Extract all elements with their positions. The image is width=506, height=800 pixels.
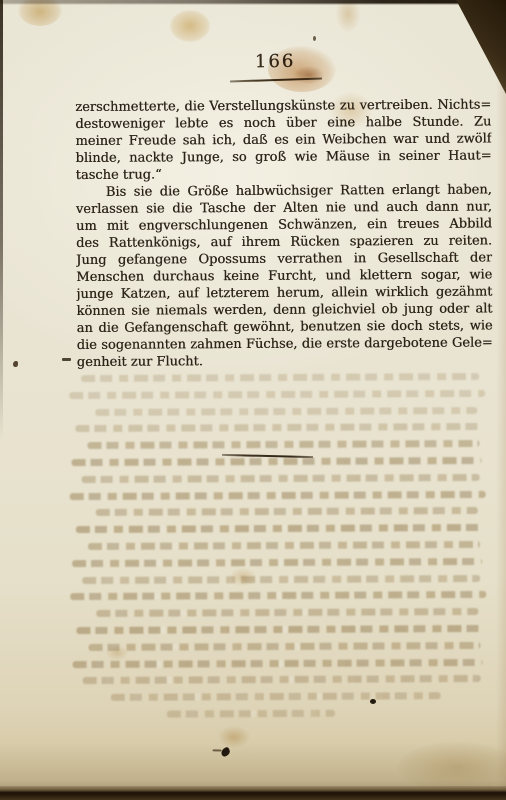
page-edge-left (0, 0, 3, 440)
bleedthrough-line (69, 390, 485, 399)
bleedthrough-line (96, 608, 478, 617)
foxing-stain (218, 726, 250, 748)
text-line: die sogenannten zahmen Füchse, die erste… (77, 334, 493, 354)
foxing-stain (398, 742, 506, 792)
bleedthrough-line (81, 373, 479, 382)
paragraph: zerschmetterte, die Verstellungskünste z… (75, 96, 492, 184)
bleedthrough-line (87, 440, 479, 449)
bleedthrough-line (72, 457, 482, 466)
bleedthrough-line (76, 524, 482, 533)
bleedthrough-line (88, 642, 480, 651)
ink-speck (220, 746, 232, 757)
paragraph: Bis sie die Größe halbwüchsiger Ratten e… (76, 181, 493, 371)
book-page-scan: 166 zerschmetterte, die Verstellungsküns… (0, 0, 506, 800)
foxing-stain (336, 0, 360, 32)
bleedthrough-line (70, 591, 486, 600)
bleedthrough-line (82, 575, 480, 584)
bleedthrough-line (70, 491, 486, 500)
ink-speck (13, 361, 18, 367)
text-block: zerschmetterte, die Verstellungskünste z… (75, 96, 493, 371)
bleedthrough-text (69, 373, 495, 728)
page-edge-top (0, 0, 506, 5)
page-number: 166 (244, 51, 306, 73)
text-line: genheit zur Flucht. (77, 351, 493, 371)
bleedthrough-line (82, 474, 480, 483)
bleedthrough-line (95, 407, 477, 416)
bleedthrough-line (96, 507, 478, 516)
foxing-stain (18, 0, 62, 26)
page-corner-shadow (448, 0, 506, 94)
bleedthrough-line (83, 675, 481, 684)
page-edge-right (496, 60, 506, 800)
bleedthrough-line (88, 541, 480, 550)
ink-speck (62, 358, 71, 361)
bleedthrough-line (75, 423, 481, 432)
bleedthrough-line (72, 558, 482, 567)
bleedthrough-line (76, 625, 482, 634)
foxing-stain (170, 10, 210, 42)
bleedthrough-line (111, 692, 441, 701)
bleedthrough-line (73, 658, 483, 667)
page-edge-bottom (0, 786, 506, 800)
ink-speck (313, 36, 316, 41)
page-number-rule (230, 78, 322, 82)
bleedthrough-line (167, 710, 335, 718)
page-bottom-shadow (0, 742, 506, 790)
text-line: blinde, nackte Junge, so groß wie Mäuse … (75, 147, 491, 167)
